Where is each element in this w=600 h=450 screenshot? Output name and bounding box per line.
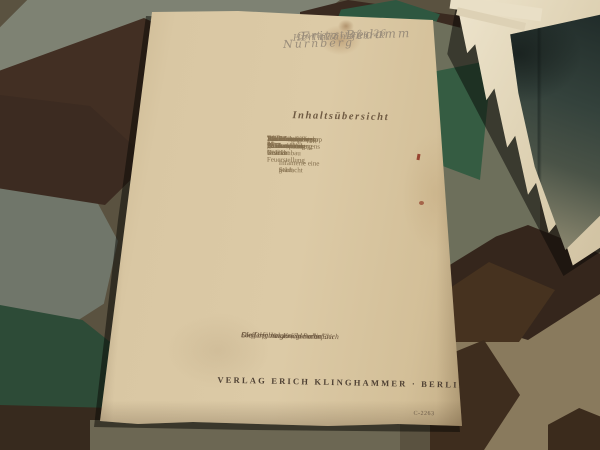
catalog-number: C-2263: [414, 411, 435, 417]
publisher-line: VERLAG ERICH KLINGHAMMER · BERLIN: [210, 374, 474, 390]
toc-heading: Inhaltsübersicht: [246, 109, 436, 124]
cover-content: Fritz BedammNürnbergHerlmannsfabrikGarte…: [89, 8, 466, 438]
artist-credit: Die Originalgemälde schuf derSonderführe…: [241, 329, 431, 333]
handwriting-line: Gartenstraße 26: [297, 27, 388, 44]
photo-scene: Fritz BedammNürnbergHerlmannsfabrikGarte…: [0, 0, 600, 450]
toc-list: TAFEL 1.SturmangriffTAFEL 2.Infanterie g…: [267, 136, 457, 140]
handwriting-note: Fritz BedammNürnbergHerlmannsfabrikGarte…: [283, 25, 443, 30]
toc-plate-title-continued: Infanterie eine Stadt: [279, 159, 320, 174]
credit-line: Cleff der Jüngere in Berlin: [241, 329, 322, 343]
toc-plate-title: Im Schutze eines Panzerspähwagens besetz…: [267, 136, 320, 158]
portfolio-back-cover: Fritz BedammNürnbergHerlmannsfabrikGarte…: [98, 8, 466, 430]
